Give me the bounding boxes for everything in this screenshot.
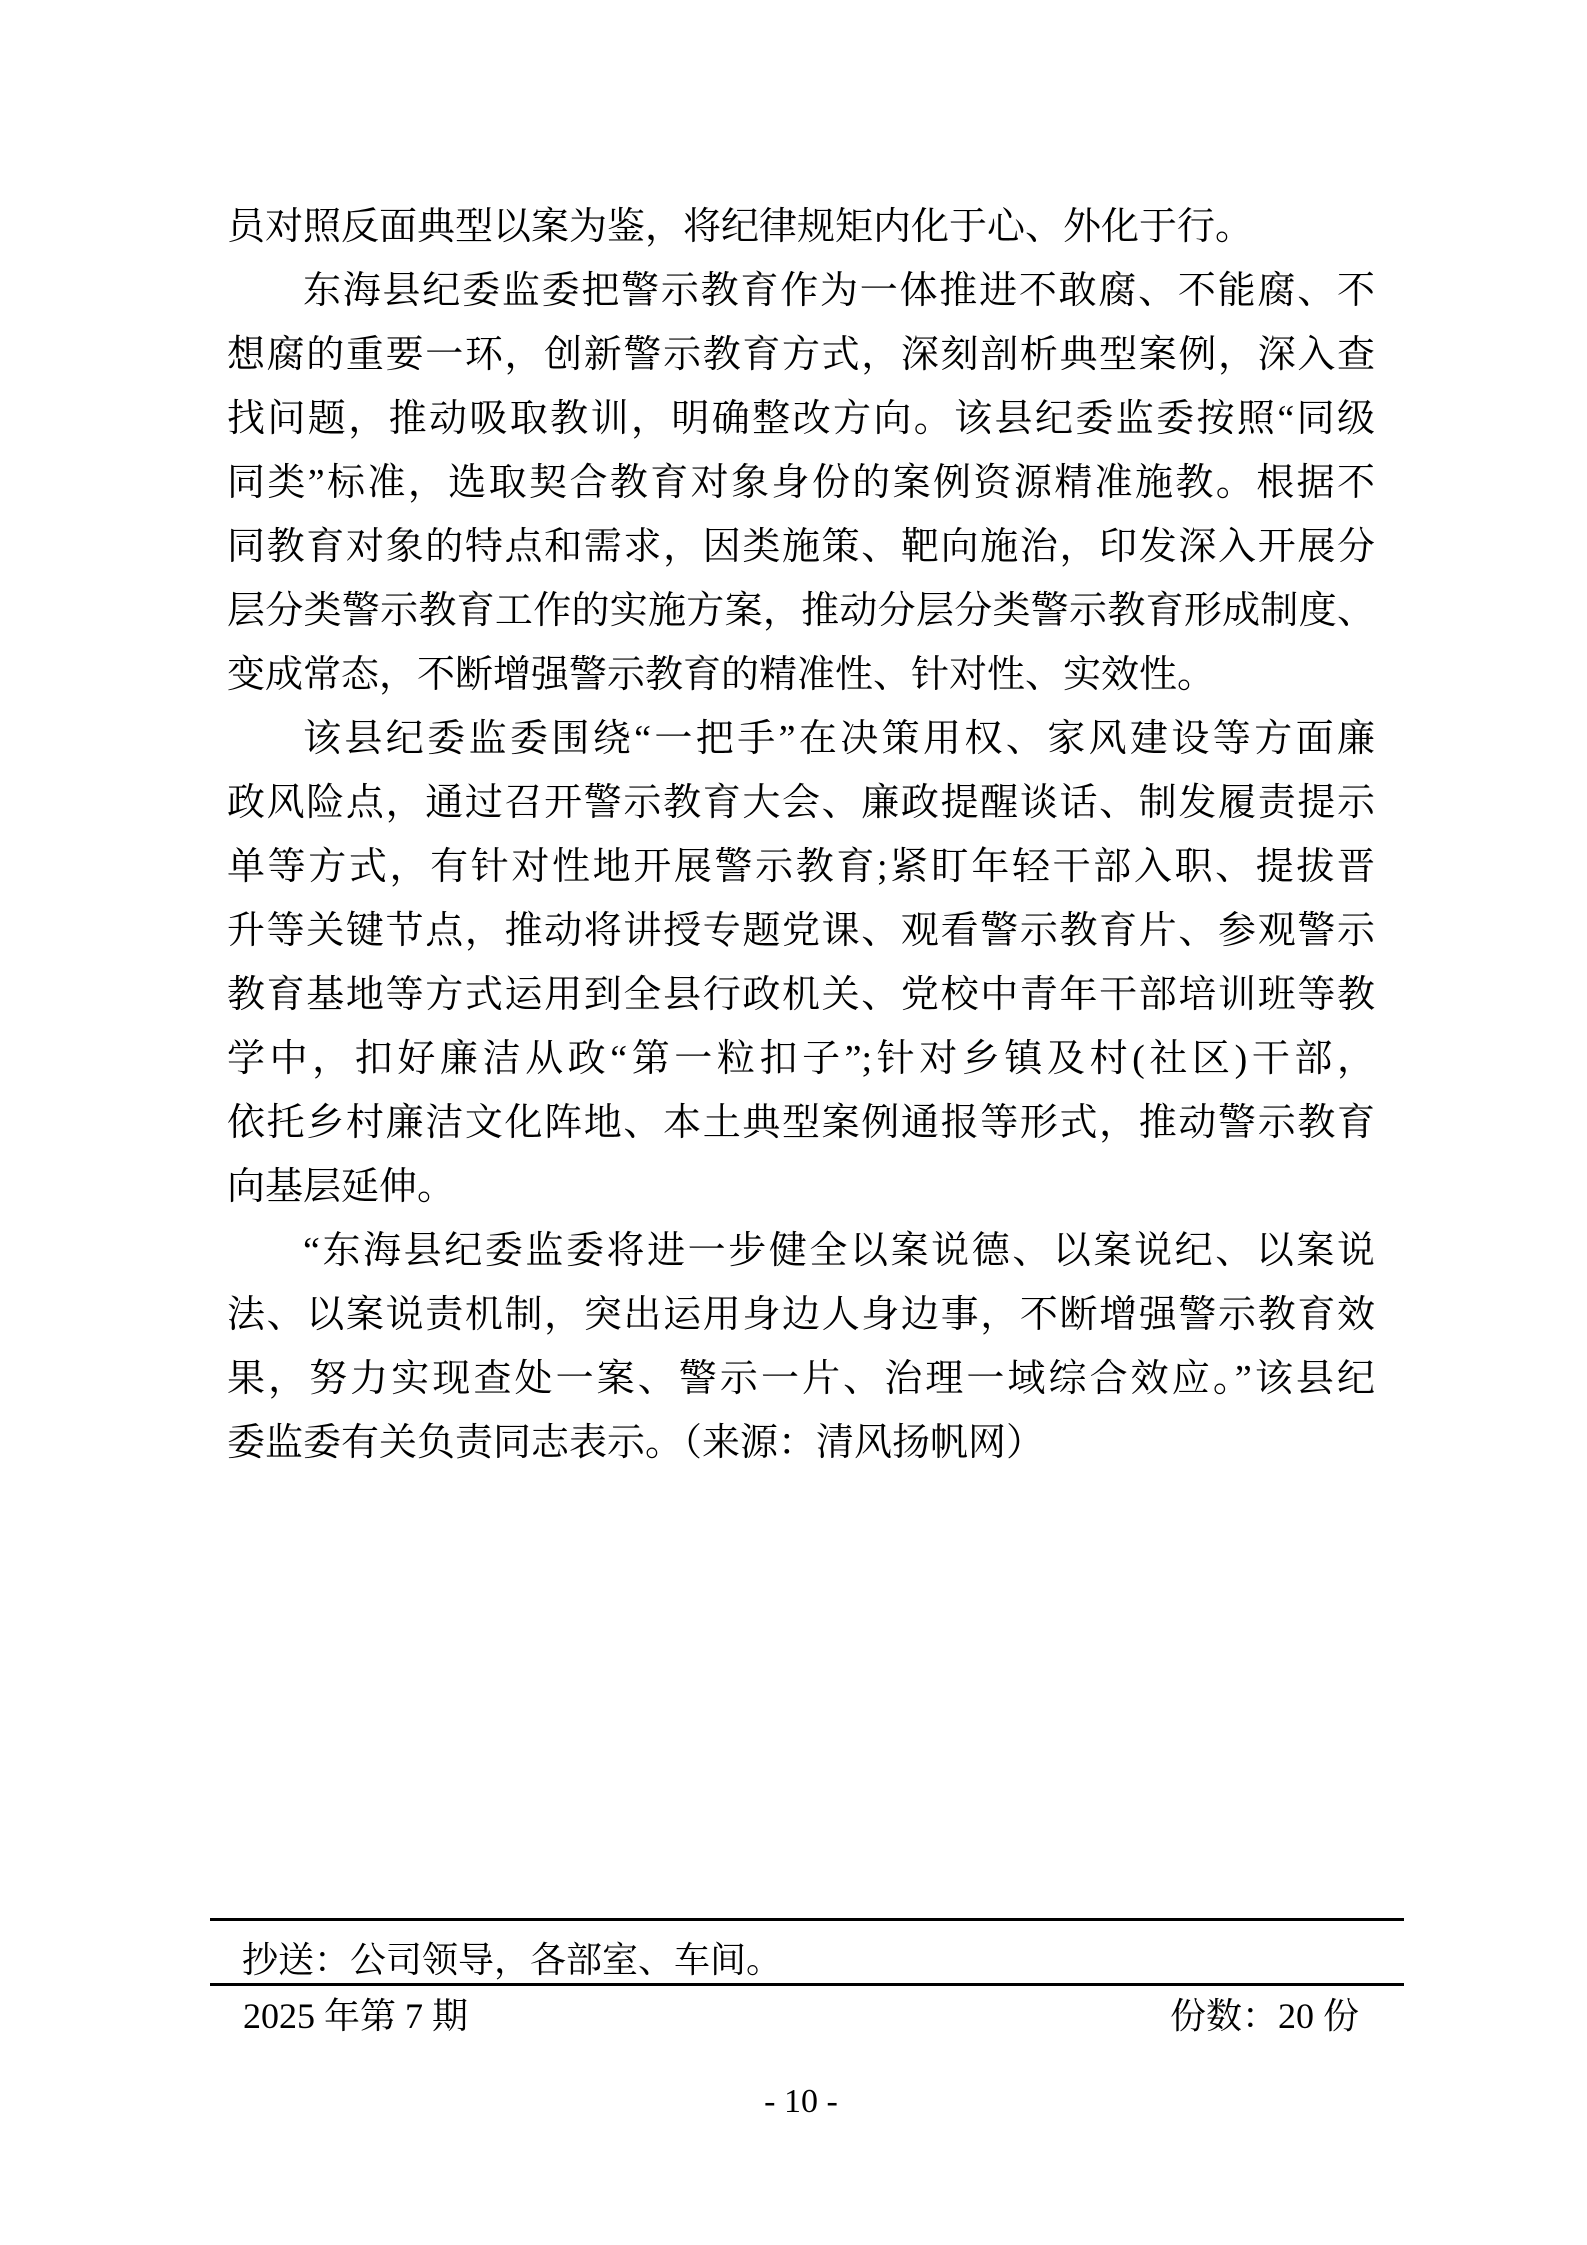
document-body: 员对照反面典型以案为鉴，将纪律规矩内化于心、外化于行。东海县纪委监委把警示教育作… [227, 195, 1375, 1475]
issue-info-row: 2025 年第 7 期 份数：20 份 [243, 1994, 1359, 2038]
body-line: 升等关键节点，推动将讲授专题党课、观看警示教育片、参观警示 [227, 899, 1375, 963]
body-line: 教育基地等方式运用到全县行政机关、党校中青年干部培训班等教 [227, 963, 1375, 1027]
body-line: 变成常态，不断增强警示教育的精准性、针对性、实效性。 [227, 643, 1375, 707]
body-line: 委监委有关负责同志表示。（来源：清风扬帆网） [227, 1411, 1375, 1475]
body-line: 东海县纪委监委把警示教育作为一体推进不敢腐、不能腐、不 [227, 259, 1375, 323]
page-number: - 10 - [227, 2082, 1375, 2122]
body-line: 政风险点，通过召开警示教育大会、廉政提醒谈话、制发履责提示 [227, 771, 1375, 835]
body-line: 同教育对象的特点和需求，因类施策、靶向施治，印发深入开展分 [227, 515, 1375, 579]
footer-divider-top [210, 1918, 1404, 1921]
footer-divider-bottom [210, 1983, 1404, 1986]
body-line: 依托乡村廉洁文化阵地、本土典型案例通报等形式，推动警示教育 [227, 1091, 1375, 1155]
body-line: 学中，扣好廉洁从政“第一粒扣子”;针对乡镇及村(社区)干部， [227, 1027, 1375, 1091]
cc-line: 抄送：公司领导，各部室、车间。 [242, 1938, 782, 1982]
body-line: 法、以案说责机制，突出运用身边人身边事，不断增强警示教育效 [227, 1283, 1375, 1347]
copies-count: 份数：20 份 [1170, 1994, 1359, 2038]
body-line: “东海县纪委监委将进一步健全以案说德、以案说纪、以案说 [227, 1219, 1375, 1283]
body-line: 果，努力实现查处一案、警示一片、治理一域综合效应。”该县纪 [227, 1347, 1375, 1411]
body-line: 单等方式，有针对性地开展警示教育;紧盯年轻干部入职、提拔晋 [227, 835, 1375, 899]
body-line: 同类”标准，选取契合教育对象身份的案例资源精准施教。根据不 [227, 451, 1375, 515]
body-line: 层分类警示教育工作的实施方案，推动分层分类警示教育形成制度、 [227, 579, 1375, 643]
issue-number: 2025 年第 7 期 [243, 1994, 468, 2038]
body-line: 员对照反面典型以案为鉴，将纪律规矩内化于心、外化于行。 [227, 195, 1375, 259]
body-line: 想腐的重要一环，创新警示教育方式，深刻剖析典型案例，深入查 [227, 323, 1375, 387]
body-line: 找问题，推动吸取教训，明确整改方向。该县纪委监委按照“同级 [227, 387, 1375, 451]
body-line: 向基层延伸。 [227, 1155, 1375, 1219]
document-page: { "page": { "background_color": "#ffffff… [0, 0, 1587, 2245]
body-line: 该县纪委监委围绕“一把手”在决策用权、家风建设等方面廉 [227, 707, 1375, 771]
